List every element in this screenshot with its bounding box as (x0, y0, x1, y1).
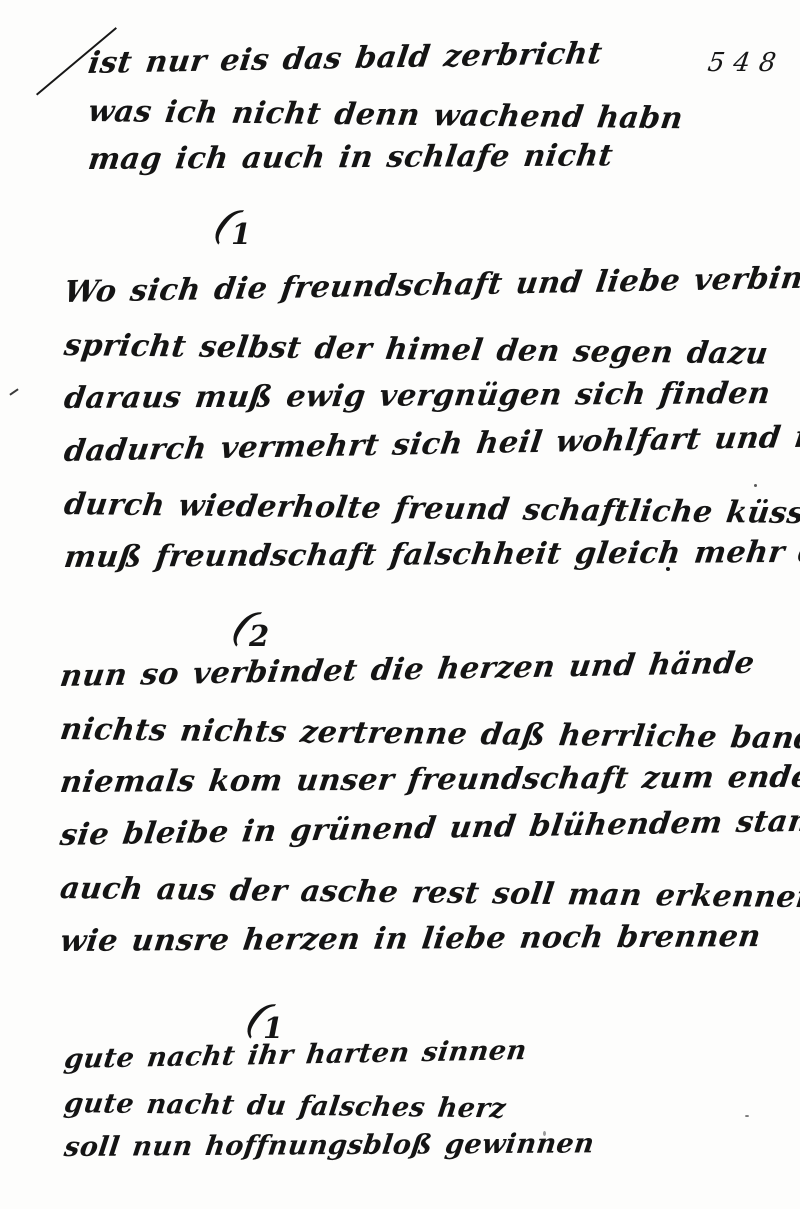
stanza-3: nun so verbindet die herzen und hände ni… (60, 650, 800, 968)
manuscript-line: muß freundschaft falschheit gleich mehr … (61, 525, 800, 584)
section-marker-1: (1 (218, 196, 251, 250)
section-marker-2: (2 (236, 598, 269, 652)
manuscript-line: nun so verbindet die herzen und hände (57, 635, 800, 703)
ink-speck (543, 1131, 546, 1136)
manuscript-line: Wo sich die freundschaft und liebe verbi… (61, 249, 800, 319)
stanza-2: Wo sich die freundschaft und liebe verbi… (64, 266, 800, 584)
ink-dot (754, 484, 757, 487)
manuscript-line: soll nun hoffnungsbloß gewinnen (61, 1122, 597, 1170)
ink-period-dot (666, 567, 670, 571)
margin-tick-mark (9, 388, 18, 395)
manuscript-line: wie unsre herzen in liebe noch brennen (57, 910, 800, 968)
manuscript-line: gute nacht ihr harten sinnen (61, 1028, 598, 1082)
page-number: 548 (706, 48, 787, 78)
stanza-1: ist nur eis das bald zerbricht was ich n… (88, 40, 683, 184)
manuscript-line: mag ich auch in schlafe nicht (85, 132, 687, 184)
manuscript-line: ist nur eis das bald zerbricht (85, 29, 689, 88)
marker-digit: 1 (231, 217, 251, 251)
ink-dot (745, 1115, 749, 1117)
manuscript-page: 548 ist nur eis das bald zerbricht was i… (0, 0, 800, 1209)
stanza-4: gute nacht ihr harten sinnen gute nacht … (64, 1038, 593, 1170)
